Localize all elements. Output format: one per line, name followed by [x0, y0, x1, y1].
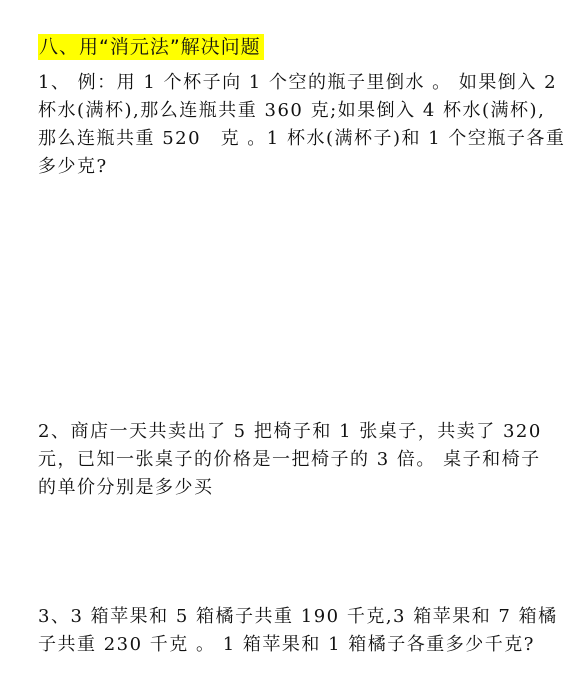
problem-1-line-1: 1、 例：用 1 个杯子向 1 个空的瓶子里倒水 。 如果倒入 2 [38, 69, 532, 97]
problem-3-line-1: 3、3 箱苹果和 5 箱橘子共重 190 千克,3 箱苹果和 7 箱橘 [38, 603, 532, 631]
problem-1-line-3: 那么连瓶共重 520 克 。1 杯水(满杯子)和 1 个空瓶子各重 [38, 125, 532, 153]
section-heading: 八、用“消元法”解决问题 [38, 34, 264, 60]
problem-1-line-4: 多少克? [38, 153, 532, 181]
problem-2-line-2: 元，已知一张桌子的价格是一把椅子的 3 倍。 桌子和椅子 [38, 446, 532, 474]
problem-3: 3、3 箱苹果和 5 箱橘子共重 190 千克,3 箱苹果和 7 箱橘 子共重 … [38, 603, 532, 659]
problem-2-line-3: 的单价分别是多少买 [38, 474, 532, 502]
problem-3-line-2: 子共重 230 千克 。 1 箱苹果和 1 箱橘子各重多少千克? [38, 631, 532, 659]
problem-1-line-2: 杯水(满杯),那么连瓶共重 360 克;如果倒入 4 杯水(满杯), [38, 97, 532, 125]
problem-1: 1、 例：用 1 个杯子向 1 个空的瓶子里倒水 。 如果倒入 2 杯水(满杯)… [38, 69, 532, 181]
problem-2-line-1: 2、商店一天共卖出了 5 把椅子和 1 张桌子，共卖了 320 [38, 418, 532, 446]
problem-2: 2、商店一天共卖出了 5 把椅子和 1 张桌子，共卖了 320 元，已知一张桌子… [38, 418, 532, 502]
worksheet-page: 八、用“消元法”解决问题 1、 例：用 1 个杯子向 1 个空的瓶子里倒水 。 … [0, 0, 565, 689]
